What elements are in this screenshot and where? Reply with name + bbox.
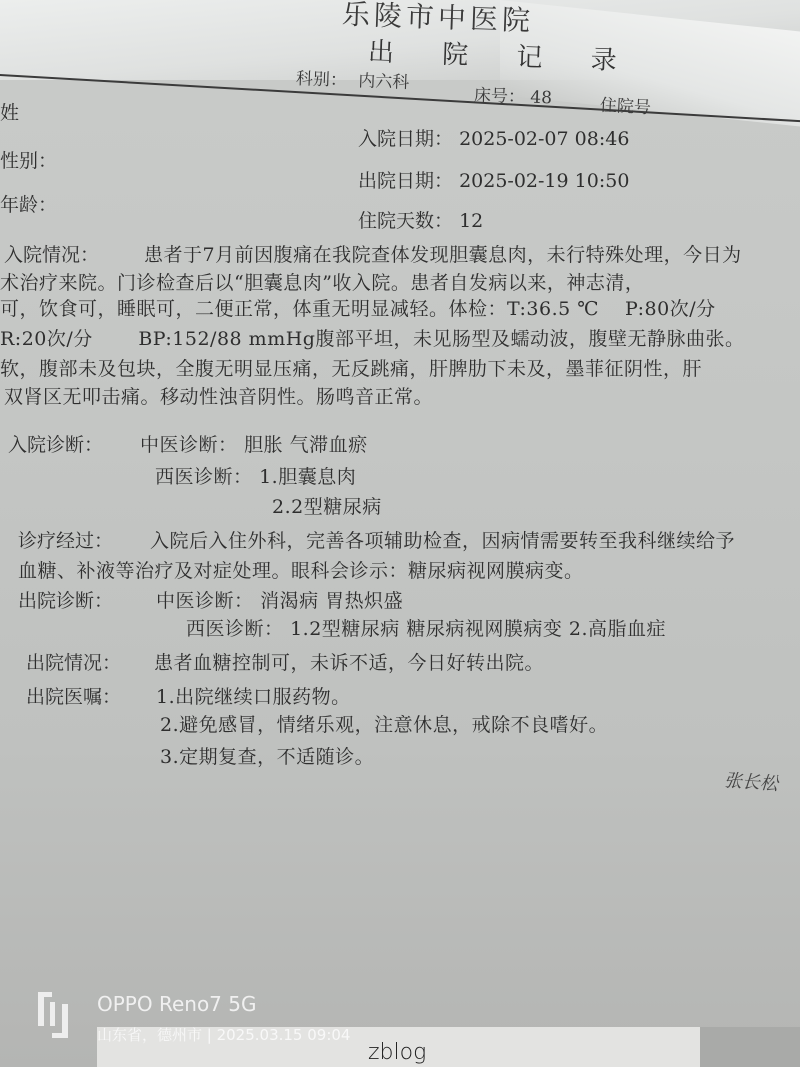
department-value: 内六科 <box>358 71 410 93</box>
banner-text: zblog <box>368 1040 426 1065</box>
discharge-status-value: 患者血糖控制可，未诉不适，今日好转出院。 <box>154 648 544 675</box>
discharge-tcm-diagnosis: 中医诊断： 消渴病 胃热炽盛 <box>156 586 403 613</box>
stay-days: 住院天数： 12 <box>358 206 483 233</box>
department: 科别： 内六科 <box>296 64 410 93</box>
discharge-status-label: 出院情况： <box>26 648 121 675</box>
admission-status-line: R:20次/分 BP:152/88 mmHg腹部平坦，未见肠型及蠕动波，腹壁无静… <box>0 324 744 351</box>
treatment-course-label: 诊疗经过： <box>18 526 113 553</box>
discharge-western-diagnosis: 西医诊断： 1.2型糖尿病 糖尿病视网膜病变 2.高脂血症 <box>186 614 666 641</box>
discharge-date-value: 2025-02-19 10:50 <box>459 170 629 192</box>
watermark-device: OPPO Reno7 5G <box>97 992 256 1016</box>
admission-status-label: 入院情况： <box>4 240 99 267</box>
stay-days-label: 住院天数： <box>358 210 453 232</box>
patient-name-label: 姓 <box>0 98 19 125</box>
admission-tcm-diagnosis: 中医诊断： 胆胀 气滞血瘀 <box>140 430 368 457</box>
admission-status-line: 术治疗来院。门诊检查后以“胆囊息肉”收入院。患者自发病以来，神志清， <box>0 268 644 295</box>
treatment-course-line: 血糖、补液等治疗及对症处理。眼科会诊示：糖尿病视网膜病变。 <box>18 556 584 583</box>
treatment-course-line: 入院后入住外科，完善各项辅助检查，因病情需要转至我科继续给予 <box>150 526 735 553</box>
patient-age-label: 年龄： <box>0 190 57 217</box>
discharge-order-item: 1.出院继续口服药物。 <box>156 682 351 709</box>
admission-status-line: 双肾区无叩击痛。移动性浊音阴性。肠鸣音正常。 <box>4 382 433 409</box>
doctor-signature: 张长松 <box>723 766 779 796</box>
western-value: 1.2型糖尿病 糖尿病视网膜病变 2.高脂血症 <box>290 618 666 640</box>
discharge-orders-label: 出院医嘱： <box>26 682 121 709</box>
discharge-order-item: 3.定期复查，不适随诊。 <box>160 742 374 769</box>
admit-date: 入院日期： 2025-02-07 08:46 <box>358 124 629 151</box>
western-label: 西医诊断： <box>186 618 284 640</box>
western-label: 西医诊断： <box>155 466 253 488</box>
admission-number-label: 住院号 <box>599 91 651 119</box>
discharge-date: 出院日期： 2025-02-19 10:50 <box>358 166 629 193</box>
banner-right-shade <box>700 1027 800 1067</box>
admission-status-line: 患者于7月前因腹痛在我院查体发现胆囊息肉，未行特殊处理，今日为 <box>144 240 742 267</box>
bed-label: 床号： <box>474 86 526 108</box>
patient-gender-label: 性别： <box>0 146 57 173</box>
admission-western-diagnosis: 西医诊断： 1.胆囊息肉 <box>155 462 356 489</box>
camera-watermark-icon <box>38 992 68 1038</box>
admit-date-label: 入院日期： <box>358 128 453 150</box>
admission-status-line: 软，腹部未及包块，全腹无明显压痛，无反跳痛，肝脾肋下未及，墨菲征阴性，肝 <box>0 354 702 381</box>
tcm-value: 胆胀 气滞血瘀 <box>244 434 368 456</box>
discharge-order-item: 2.避免感冒，情绪乐观，注意休息，戒除不良嗜好。 <box>160 710 608 737</box>
stay-days-value: 12 <box>459 210 483 232</box>
bed-value: 48 <box>530 88 552 109</box>
watermark-location-time: 山东省，德州市 | 2025.03.15 09:04 <box>97 1024 350 1045</box>
admit-date-value: 2025-02-07 08:46 <box>459 128 629 150</box>
department-label: 科别： <box>296 69 348 91</box>
admission-diagnosis-label: 入院诊断： <box>8 430 103 457</box>
tcm-label: 中医诊断： <box>140 434 238 456</box>
discharge-date-label: 出院日期： <box>358 170 453 192</box>
tcm-value: 消渴病 胃热炽盛 <box>260 590 403 612</box>
western-item: 2.2型糖尿病 <box>272 492 382 519</box>
admission-status-line: 可，饮食可，睡眠可，二便正常，体重无明显减轻。体检：T:36.5 ℃ P:80次… <box>0 294 716 321</box>
tcm-label: 中医诊断： <box>156 590 254 612</box>
bed-number: 床号： 48 <box>474 81 553 109</box>
western-item: 1.胆囊息肉 <box>259 466 356 488</box>
discharge-diagnosis-label: 出院诊断： <box>18 586 113 613</box>
